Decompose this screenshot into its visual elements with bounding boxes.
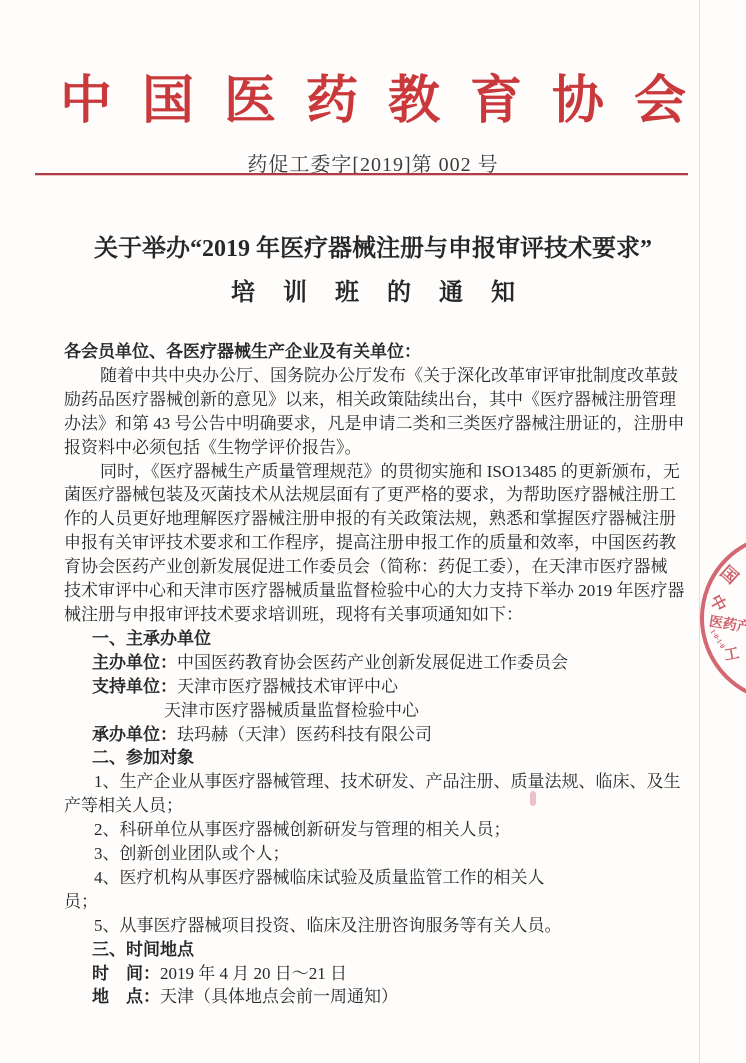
body-text-segment: 员； bbox=[64, 892, 98, 911]
body-line: 三、时间地点 bbox=[64, 938, 704, 962]
body-text-segment: 随着中共中央办公厅、国务院办公厅发布《关于深化改革审评审批制度改革鼓 bbox=[100, 366, 678, 385]
body-line: 2、科研单位从事医疗器械创新研发与管理的相关人员； bbox=[64, 818, 704, 842]
body-line: 1、生产企业从事医疗器械管理、技术研发、产品注册、质量法规、临床、及生 bbox=[64, 770, 704, 794]
body-line: 员； bbox=[64, 890, 704, 914]
body-text-segment: 报资料中必须包括《生物学评价报告》。 bbox=[64, 438, 362, 457]
body-line: 产等相关人员； bbox=[64, 794, 704, 818]
body-text-segment: 技术审评中心和天津市医疗器械质量监督检验中心的大力支持下举办 2019 年医疗器 bbox=[64, 581, 685, 600]
body-text-segment: 2、科研单位从事医疗器械创新研发与管理的相关人员； bbox=[94, 820, 511, 839]
body-text-segment: 同时，《医疗器械生产质量管理规范》的贯彻实施和 ISO13485 的更新颁布，无 bbox=[100, 462, 680, 481]
body-line: 二、参加对象 bbox=[64, 746, 704, 770]
body-text-segment: 一、主承办单位 bbox=[92, 629, 211, 648]
body-text-segment: 4、医疗机构从事医疗器械临床试验及质量监管工作的相关人 bbox=[94, 868, 545, 887]
body-text-segment: 三、时间地点 bbox=[92, 940, 194, 959]
body-line: 一、主承办单位 bbox=[64, 627, 704, 651]
body-line: 随着中共中央办公厅、国务院办公厅发布《关于深化改革审评审批制度改革鼓 bbox=[64, 364, 704, 388]
body-text-segment: 各会员单位、各医疗器械生产企业及有关单位： bbox=[64, 342, 421, 361]
header-divider bbox=[35, 173, 688, 175]
body-line: 械注册与申报审评技术要求培训班，现将有关事项通知如下： bbox=[64, 603, 704, 627]
document-page: 中国医药教育协会 药促工委字[2019]第 002 号 关于举办“2019 年医… bbox=[0, 0, 746, 1063]
body-line: 申报有关审评技术要求和工作程序，提高注册申报工作的质量和效率，中国医药教 bbox=[64, 531, 704, 555]
body-line: 3、创新创业团队或个人； bbox=[64, 842, 704, 866]
body-text-segment: 中国医药教育协会医药产业创新发展促进工作委员会 bbox=[177, 653, 568, 672]
body-text-segment: 申报有关审评技术要求和工作程序，提高注册申报工作的质量和效率，中国医药教 bbox=[64, 533, 676, 552]
body-line: 4、医疗机构从事医疗器械临床试验及质量监管工作的相关人 bbox=[64, 866, 704, 890]
body-text-segment: 办法》和第 43 号公告中明确要求，凡是申请二类和三类医疗器械注册证的，注册申 bbox=[64, 414, 685, 433]
body-text-segment: 时 间： bbox=[92, 964, 160, 983]
body-text-segment: 地 点： bbox=[92, 987, 160, 1006]
body-text-segment: 菌医疗器械包装及灭菌技术从法规层面有了更严格的要求，为帮助医疗器械注册工 bbox=[64, 485, 676, 504]
body-lines: 各会员单位、各医疗器械生产企业及有关单位：随着中共中央办公厅、国务院办公厅发布《… bbox=[64, 340, 704, 1009]
body-line: 主办单位：中国医药教育协会医药产业创新发展促进工作委员会 bbox=[64, 651, 704, 675]
body-text-segment: 1、生产企业从事医疗器械管理、技术研发、产品注册、质量法规、临床、及生 bbox=[94, 772, 681, 791]
body-text-segment: 2019 年 4 月 20 日～21 日 bbox=[160, 964, 347, 983]
body-line: 承办单位：珐玛赫（天津）医药科技有限公司 bbox=[64, 723, 704, 747]
body-text-segment: 主办单位： bbox=[92, 653, 177, 672]
stamp-text-fragment: 国 bbox=[716, 559, 745, 589]
body-line: 支持单位：天津市医疗器械技术审评中心 bbox=[64, 675, 704, 699]
body-text-segment: 天津市医疗器械质量监督检验中心 bbox=[164, 701, 419, 720]
scan-artifact-smudge bbox=[530, 791, 536, 806]
org-title: 中国医药教育协会 bbox=[0, 58, 746, 133]
body-text-segment: 承办单位： bbox=[92, 725, 177, 744]
body-text-segment: 产等相关人员； bbox=[64, 796, 183, 815]
body-text-segment: 二、参加对象 bbox=[92, 748, 194, 767]
body-line: 各会员单位、各医疗器械生产企业及有关单位： bbox=[64, 340, 704, 364]
body-text-segment: 育协会医药产业创新发展促进工作委员会（简称：药促工委），在天津市医疗器械 bbox=[64, 557, 668, 576]
body-line: 菌医疗器械包装及灭菌技术从法规层面有了更严格的要求，为帮助医疗器械注册工 bbox=[64, 483, 704, 507]
notice-title-line1: 关于举办“2019 年医疗器械注册与申报审评技术要求” bbox=[0, 228, 746, 263]
body-text-segment: 5、从事医疗器械项目投资、临床及注册咨询服务等有关人员。 bbox=[94, 916, 562, 935]
body-line: 报资料中必须包括《生物学评价报告》。 bbox=[64, 436, 704, 460]
body-line: 地 点：天津（具体地点会前一周通知） bbox=[64, 985, 704, 1009]
body-line: 作的人员更好地理解医疗器械注册申报的有关政策法规，熟悉和掌握医疗器械注册 bbox=[64, 507, 704, 531]
body-text-segment: 励药品医疗器械创新的意见》以来，相关政策陆续出台，其中《医疗器械注册管理 bbox=[64, 390, 676, 409]
body-text-segment: 天津市医疗器械技术审评中心 bbox=[177, 677, 398, 696]
body-line: 励药品医疗器械创新的意见》以来，相关政策陆续出台，其中《医疗器械注册管理 bbox=[64, 388, 704, 412]
body-line: 办法》和第 43 号公告中明确要求，凡是申请二类和三类医疗器械注册证的，注册申 bbox=[64, 412, 704, 436]
body-line: 5、从事医疗器械项目投资、临床及注册咨询服务等有关人员。 bbox=[64, 914, 704, 938]
body-line: 时 间：2019 年 4 月 20 日～21 日 bbox=[64, 962, 704, 986]
official-seal: 国中医药产工1·0·1·0 bbox=[700, 533, 746, 703]
body-line: 技术审评中心和天津市医疗器械质量监督检验中心的大力支持下举办 2019 年医疗器 bbox=[64, 579, 704, 603]
body-text-segment: 作的人员更好地理解医疗器械注册申报的有关政策法规，熟悉和掌握医疗器械注册 bbox=[64, 509, 676, 528]
body-line: 天津市医疗器械质量监督检验中心 bbox=[64, 699, 704, 723]
body-text-segment: 械注册与申报审评技术要求培训班，现将有关事项通知如下： bbox=[64, 605, 523, 624]
body-text-segment: 支持单位： bbox=[92, 677, 177, 696]
body-line: 同时，《医疗器械生产质量管理规范》的贯彻实施和 ISO13485 的更新颁布，无 bbox=[64, 460, 704, 484]
body-text-segment: 珐玛赫（天津）医药科技有限公司 bbox=[177, 725, 432, 744]
body-line: 育协会医药产业创新发展促进工作委员会（简称：药促工委），在天津市医疗器械 bbox=[64, 555, 704, 579]
notice-title-line2: 培训班的通知 bbox=[0, 272, 746, 307]
body-text-segment: 天津（具体地点会前一周通知） bbox=[160, 987, 398, 1006]
body-text-segment: 3、创新创业团队或个人； bbox=[94, 844, 290, 863]
